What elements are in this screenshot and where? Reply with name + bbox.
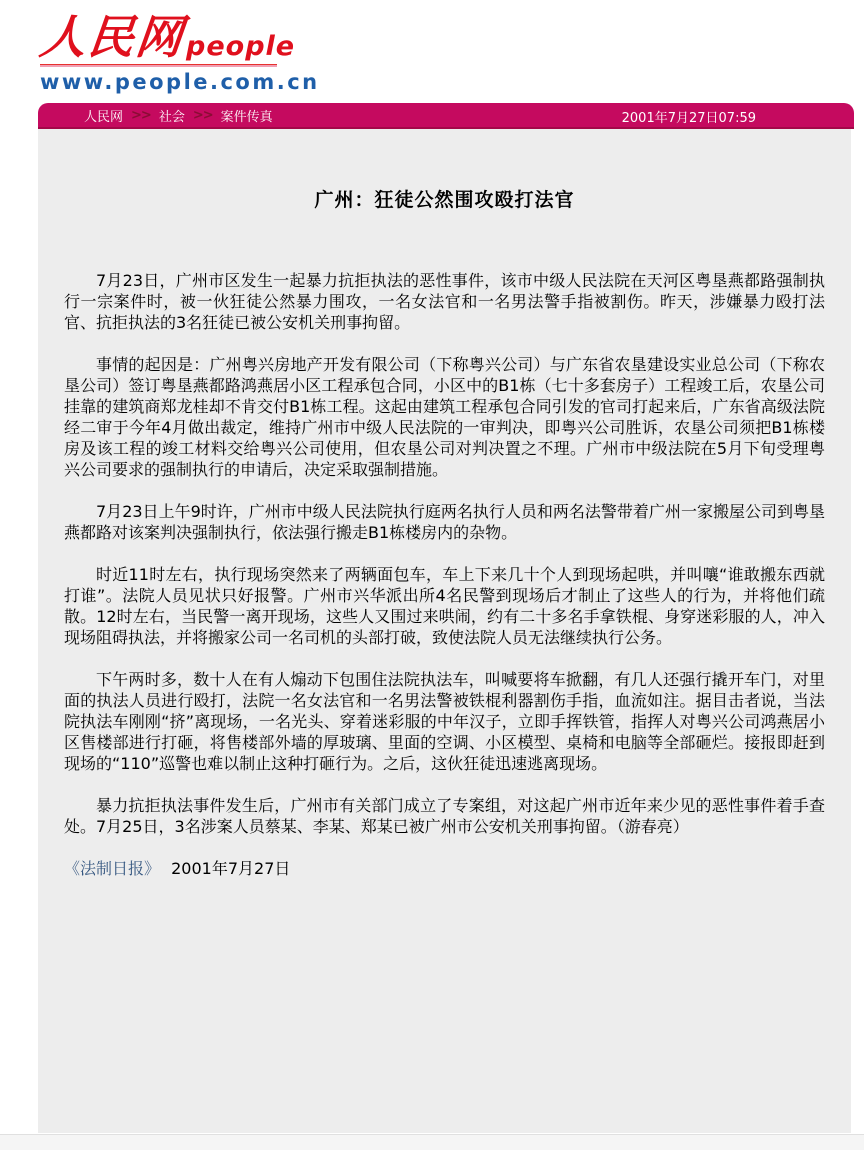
page-container: 人民网 people www.people.com.cn 人民网 >> 社会 >… [38,0,854,1133]
article-title: 广州：狂徒公然围攻殴打法官 [64,185,825,212]
article-paragraph: 7月23日，广州市区发生一起暴力抗拒执法的恶性事件，该市中级人民法院在天河区粤垦… [64,270,825,333]
breadcrumb: 人民网 >> 社会 >> 案件传真 [84,106,273,125]
people-daily-logo[interactable]: 人民网 people www.people.com.cn [40,10,320,95]
logo-chinese-text: 人民网 [37,12,186,62]
article-body: 7月23日，广州市区发生一起暴力抗拒执法的恶性事件，该市中级人民法院在天河区粤垦… [64,270,825,837]
source-line: 《法制日报》 2001年7月27日 [64,858,825,879]
article-paragraph: 暴力抗拒执法事件发生后，广州市有关部门成立了专案组，对这起广州市近年来少见的恶性… [64,795,825,837]
source-date: 2001年7月27日 [171,859,290,878]
article-paragraph: 事情的起因是：广州粤兴房地产开发有限公司（下称粤兴公司）与广东省农垦建设实业总公… [64,354,825,480]
bottom-strip [0,1134,864,1150]
breadcrumb-society-link[interactable]: 社会 [159,106,185,125]
breadcrumb-bar: 人民网 >> 社会 >> 案件传真 2001年7月27日07:59 [38,103,854,129]
publish-datetime: 2001年7月27日07:59 [622,107,756,126]
article-content: 广州：狂徒公然围攻殴打法官 7月23日，广州市区发生一起暴力抗拒执法的恶性事件，… [38,129,851,1133]
breadcrumb-separator-icon: >> [131,108,151,123]
site-url-text: www.people.com.cn [40,70,320,95]
breadcrumb-section-link[interactable]: 案件传真 [221,106,273,125]
logo-underline [40,64,277,67]
article-paragraph: 下午两时多，数十人在有人煽动下包围住法院执法车，叫喊要将车掀翻，有几人还强行撬开… [64,669,825,774]
masthead: 人民网 people www.people.com.cn [38,0,854,103]
article-paragraph: 时近11时左右，执行现场突然来了两辆面包车，车上下来几十个人到现场起哄，并叫嚷“… [64,564,825,648]
breadcrumb-home-link[interactable]: 人民网 [84,106,123,125]
logo-english-text: people [186,32,295,62]
article-paragraph: 7月23日上午9时许，广州市中级人民法院执行庭两名执行人员和两名法警带着广州一家… [64,501,825,543]
breadcrumb-separator-icon: >> [193,108,213,123]
source-publication-link[interactable]: 《法制日报》 [64,859,160,878]
